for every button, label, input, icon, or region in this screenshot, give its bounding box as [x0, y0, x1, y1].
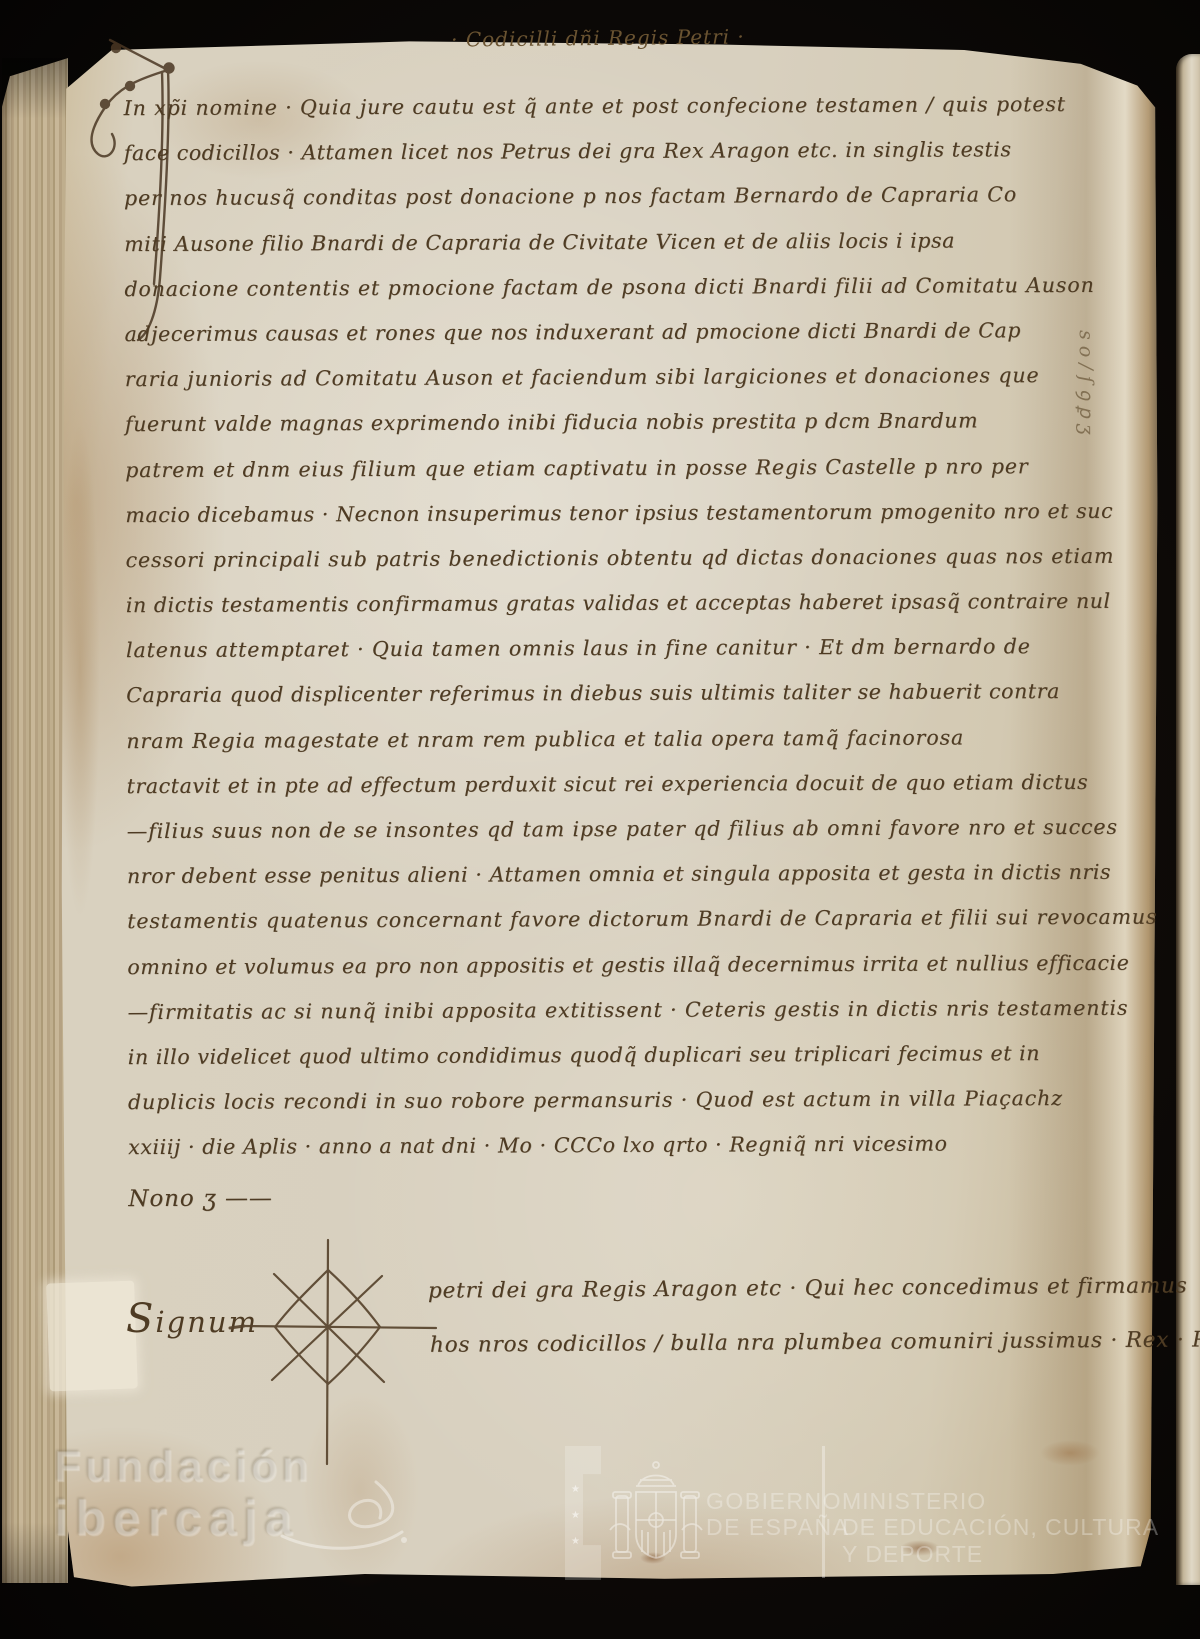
manuscript-line: fuerunt valde magnas exprimendo inibi fi…	[125, 398, 1093, 447]
gobierno-text: GOBIERNO DE ESPAÑA	[706, 1488, 849, 1541]
manuscript-line: in dictis testamentis confirmamus gratas…	[126, 579, 1094, 628]
manuscript-line: tractavit et in pte ad effectum perduxit…	[126, 760, 1094, 809]
manuscript-line: macio dicebamus · Necnon insuperimus ten…	[125, 489, 1093, 538]
signature-line: hos nros codicillos / bulla nra plumbea …	[430, 1327, 1200, 1358]
manuscript-line: omnino et volumus ea pro non appositis e…	[127, 940, 1095, 989]
star-icon: ★	[571, 1536, 580, 1547]
manuscript-line: nror debent esse penitus alieni · Attame…	[127, 850, 1095, 899]
government-watermark: ★ ★ ★ GOBIERNO DE ESPAÑA	[560, 1444, 1160, 1584]
manuscript-line: per nos hucusq̃ conditas post donacione …	[124, 172, 1092, 221]
gobierno-line2: DE ESPAÑA	[706, 1514, 849, 1540]
watermark-divider	[822, 1446, 825, 1578]
manuscript-line: face codicillos · Attamen licet nos Petr…	[124, 127, 1092, 176]
ministerio-line1: MINISTERIO	[842, 1488, 1159, 1514]
repair-patch	[46, 1280, 138, 1391]
manuscript-line: miti Ausone filio Bnardi de Capraria de …	[124, 217, 1092, 266]
manuscript-closing-word: Nono ʒ ——	[128, 1172, 1096, 1221]
gobierno-line1: GOBIERNO	[706, 1488, 849, 1514]
page-title: · Codicilli dñi Regis Petri ·	[408, 24, 788, 52]
manuscript-line: testamentis quatenus concernant favore d…	[127, 895, 1095, 944]
manuscript-line: donacione contentis et pmocione factam d…	[124, 263, 1092, 312]
manuscript-line: latenus attemptaret · Quia tamen omnis l…	[126, 624, 1094, 673]
manuscript-line: —filius suus non de se insontes qd tam i…	[127, 805, 1095, 854]
manuscript-line: raria junioris ad Comitatu Auson et faci…	[125, 353, 1093, 402]
manuscript-line: In xp̃i nomine · Quia jure cautu est q̃ …	[124, 82, 1092, 131]
manuscript-line: adjecerimus causas et rones que nos indu…	[125, 308, 1093, 357]
spain-coat-of-arms-icon	[608, 1460, 704, 1572]
manuscript-line: duplicis locis recondi in suo robore per…	[128, 1076, 1096, 1125]
facing-page-sliver	[1176, 54, 1200, 1585]
star-icon: ★	[571, 1484, 580, 1495]
star-icon: ★	[571, 1510, 580, 1521]
royal-signum-mark	[228, 1238, 448, 1468]
manuscript-line: nram Regia magestate et nram rem publica…	[126, 715, 1094, 764]
ministerio-text: MINISTERIO DE EDUCACIÓN, CULTURA Y DEPOR…	[842, 1488, 1159, 1567]
manuscript-line: xxiiij · die Aplis · anno a nat dni · Mo…	[128, 1121, 1096, 1170]
manuscript-line: Capraria quod displicenter referimus in …	[126, 669, 1094, 718]
manuscript-line: cessori principali sub patris benedictio…	[125, 534, 1093, 583]
ministerio-line3: Y DEPORTE	[842, 1541, 1159, 1567]
gutter-text-fragments: s o / ſ ꝯ ꝑ ʒ	[1082, 330, 1133, 435]
manuscript-line: patrem et dnm eius filium que etiam capt…	[125, 443, 1093, 492]
manuscript-photograph: · Codicilli dñi Regis Petri · In xp̃i no…	[0, 0, 1200, 1639]
manuscript-text-block: In xp̃i nomine · Quia jure cautu est q̃ …	[124, 82, 1097, 1222]
ibercaja-logo-icon	[276, 1474, 416, 1574]
ministerio-line2: DE EDUCACIÓN, CULTURA	[842, 1514, 1159, 1540]
signature-line: petri dei gra Regis Aragon etc · Qui hec…	[428, 1273, 1188, 1303]
manuscript-line: —firmitatis ac si nunq̃ inibi apposita e…	[127, 986, 1095, 1035]
manuscript-line: in illo videlicet quod ultimo condidimus…	[128, 1031, 1096, 1080]
